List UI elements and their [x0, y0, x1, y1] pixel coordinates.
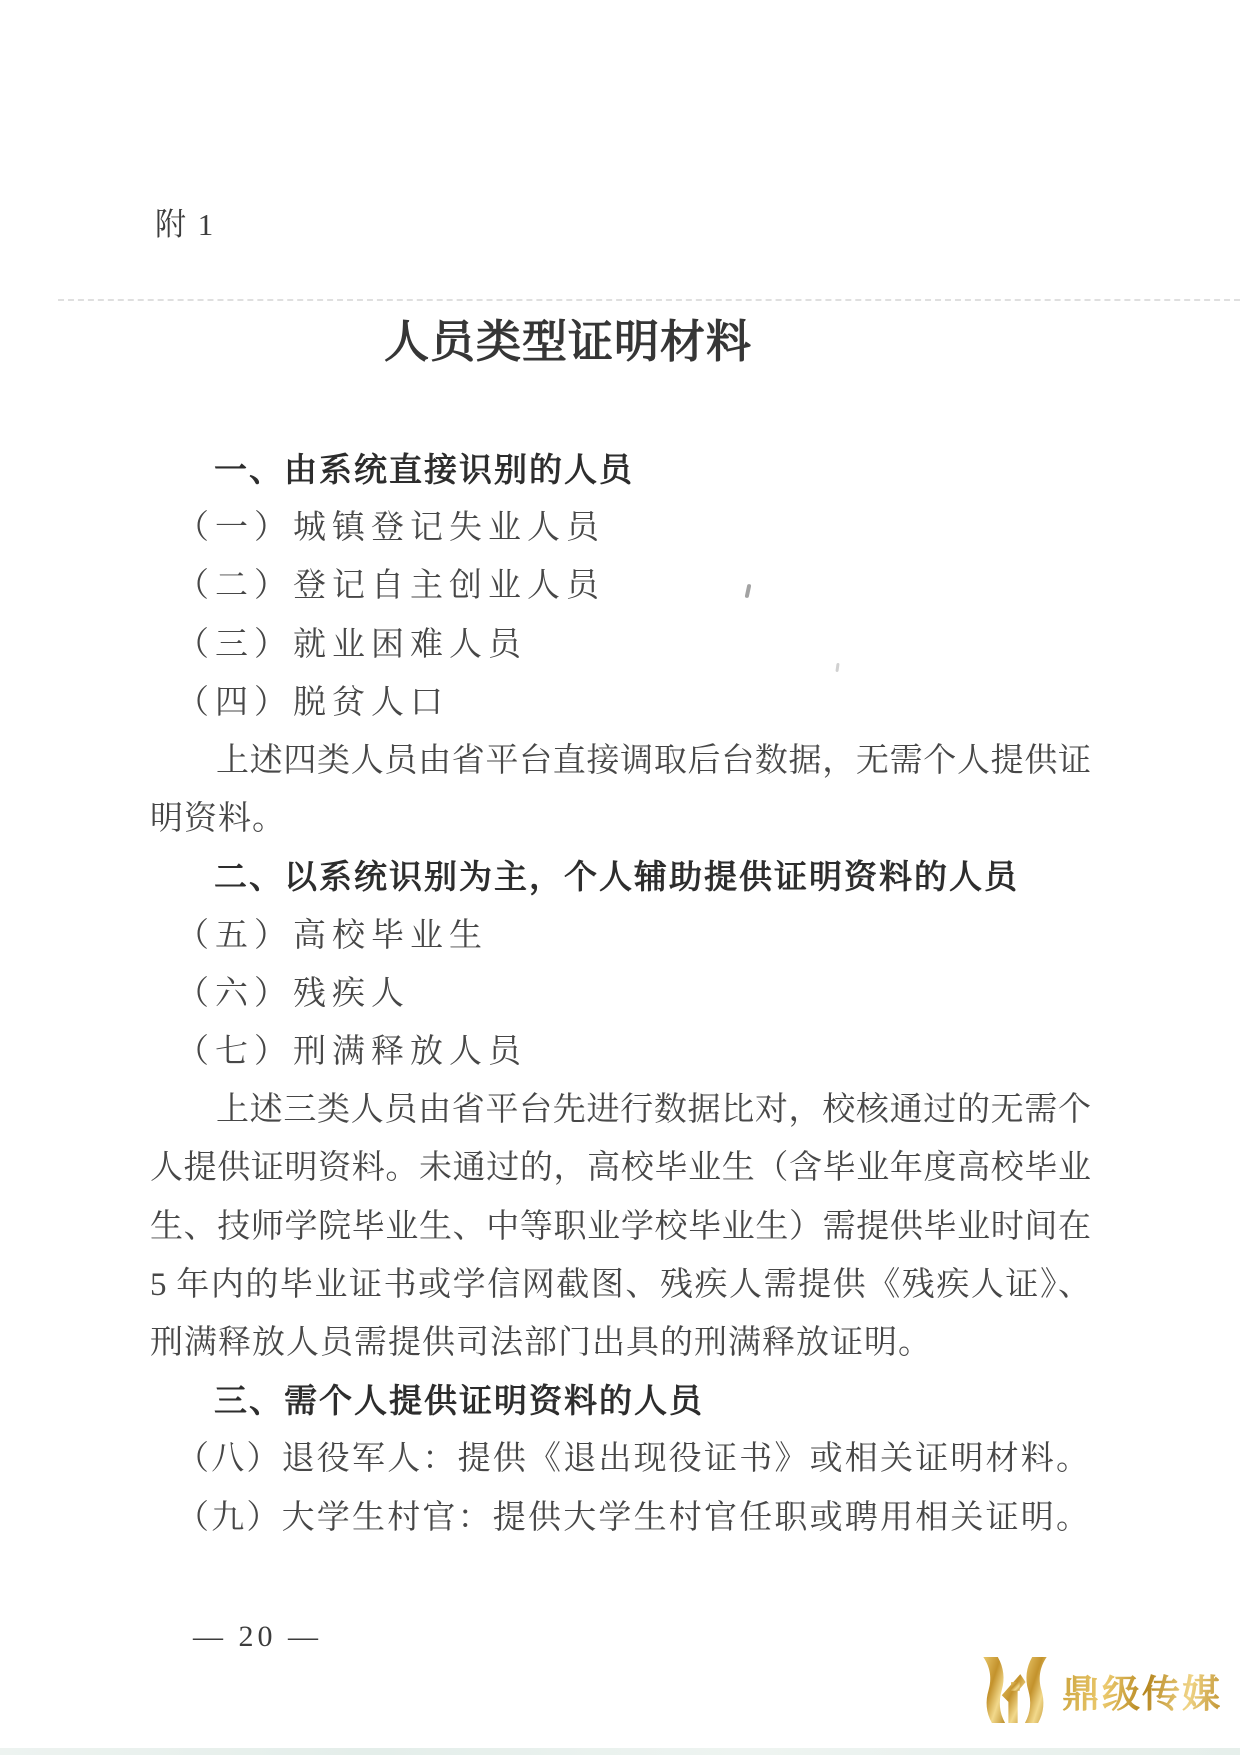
body-line: （四）脱贫人口 — [150, 674, 1091, 732]
document-page: 附 1 人员类型证明材料 一、由系统直接识别的人员（一）城镇登记失业人员（二）登… — [0, 0, 1240, 1755]
body-line: 上述三类人员由省平台先进行数据比对，校核通过的无需个 — [150, 1081, 1091, 1139]
body-line: 生、技师学院毕业生、中等职业学校毕业生）需提供毕业时间在 — [150, 1198, 1091, 1256]
body-line: 一、由系统直接识别的人员 — [150, 441, 1091, 499]
body-line: （一）城镇登记失业人员 — [150, 499, 1091, 557]
body-line: 人提供证明资料。未通过的，高校毕业生（含毕业年度高校毕业 — [150, 1139, 1091, 1197]
body-line: 上述四类人员由省平台直接调取后台数据，无需个人提供证 — [150, 732, 1091, 790]
body-line: 二、以系统识别为主，个人辅助提供证明资料的人员 — [150, 848, 1091, 906]
dingji-media-logo-icon — [978, 1654, 1052, 1726]
scan-artifact-dashed-line — [58, 299, 1240, 301]
body-line: （三）就业困难人员 — [150, 616, 1091, 674]
footer-brand-name: 鼎级传媒 — [1062, 1663, 1222, 1718]
page-number: — 20 — — [193, 1620, 322, 1654]
body-line: （八）退役军人：提供《退出现役证书》或相关证明材料。 — [150, 1430, 1091, 1488]
scan-edge-strip — [0, 1748, 1240, 1755]
attachment-label: 附 1 — [155, 205, 215, 245]
body-line: （六）残疾人 — [150, 965, 1091, 1023]
body-line: 明资料。 — [150, 790, 1091, 848]
body-line: （五）高校毕业生 — [150, 907, 1091, 965]
body-line: （七）刑满释放人员 — [150, 1023, 1091, 1081]
page-title: 人员类型证明材料 — [384, 312, 752, 372]
body-line: 5 年内的毕业证书或学信网截图、残疾人需提供《残疾人证》、 — [150, 1256, 1091, 1314]
body-line: 三、需个人提供证明资料的人员 — [150, 1372, 1091, 1430]
body-line: 刑满释放人员需提供司法部门出具的刑满释放证明。 — [150, 1314, 1091, 1372]
footer-brand: 鼎级传媒 — [978, 1654, 1222, 1726]
body-line: （九）大学生村官：提供大学生村官任职或聘用相关证明。 — [150, 1489, 1091, 1547]
body-line: （二）登记自主创业人员 — [150, 557, 1091, 615]
document-body: 一、由系统直接识别的人员（一）城镇登记失业人员（二）登记自主创业人员（三）就业困… — [150, 441, 1091, 1547]
